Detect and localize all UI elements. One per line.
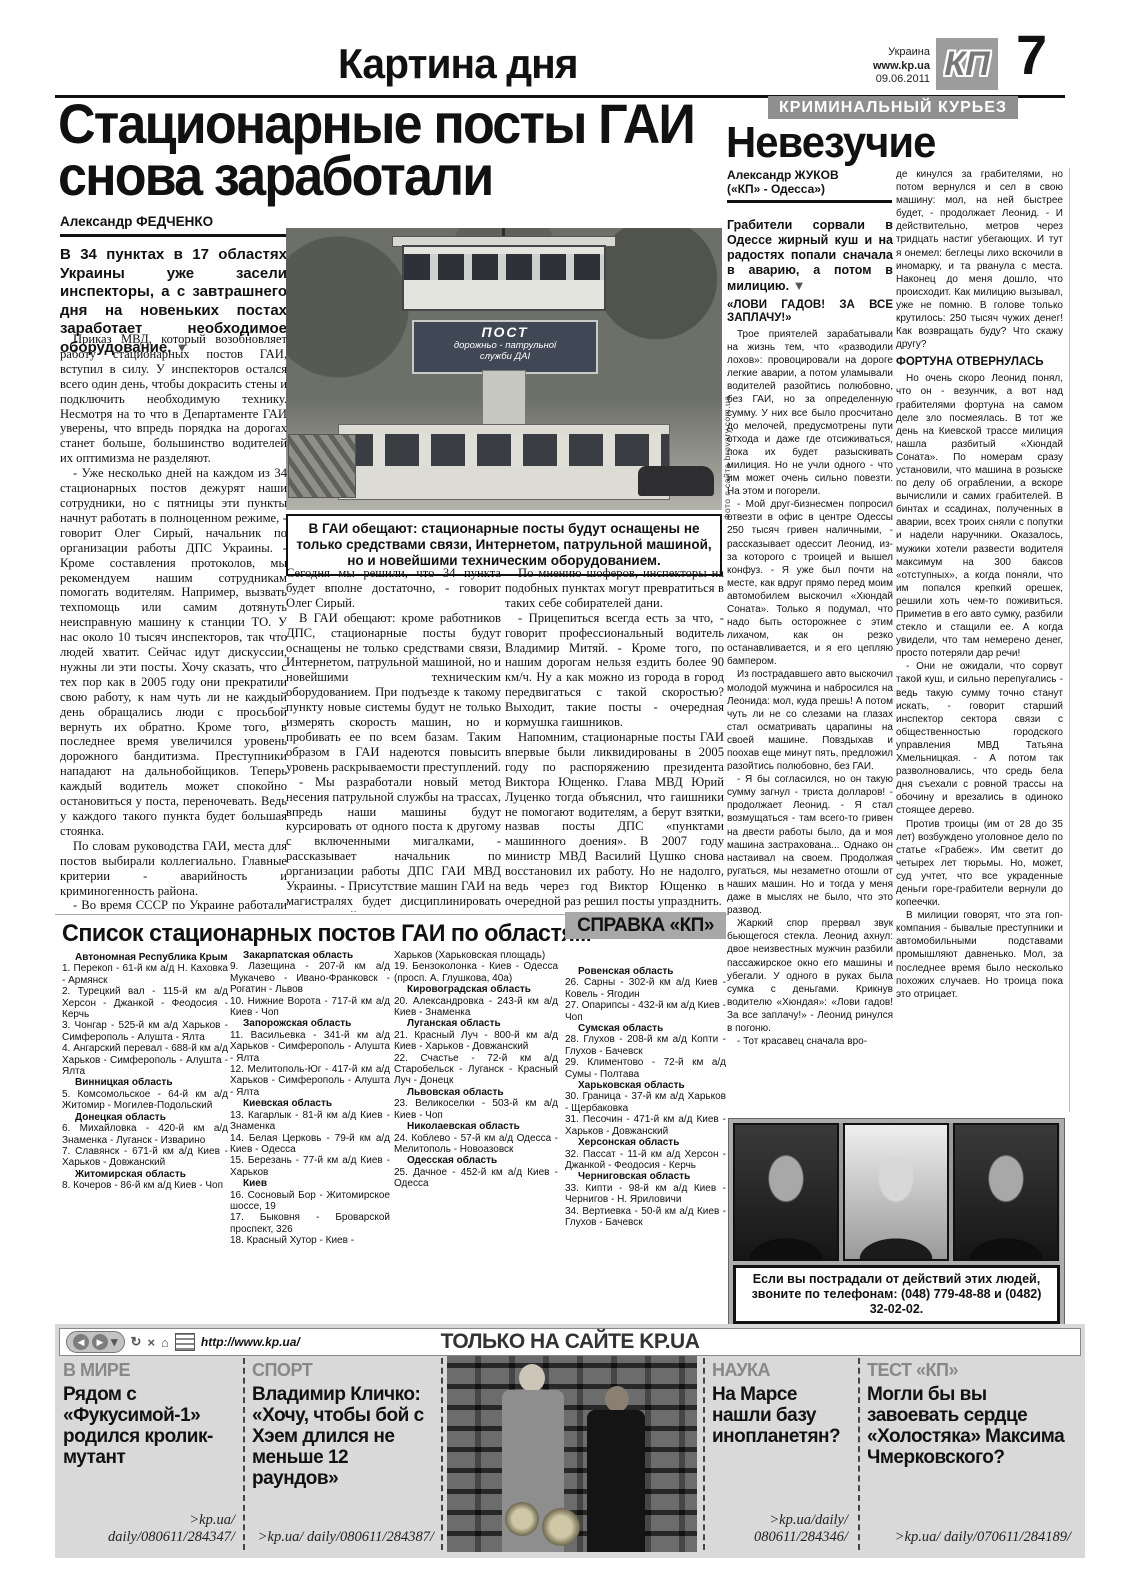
list-item: 33. Кипти - 98-й км а/д Киев - Чернигов …	[565, 1183, 726, 1206]
promo-item-sport: СПОРТ Владимир Кличко: «Хочу, чтобы бой …	[252, 1360, 438, 1552]
list-item: Житомирская область	[62, 1169, 228, 1180]
main-article-col1: Приказ МВД, который возобновляет работу …	[60, 332, 287, 912]
crime-section-label: КРИМИНАЛЬНЫЙ КУРЬЕЗ	[768, 96, 1018, 119]
promo-item-world: В МИРЕ Рядом с «Фукусимой-1» родился кро…	[63, 1360, 239, 1552]
promo-item-science: НАУКА На Марсе нашли базу инопланетян? >…	[712, 1360, 852, 1552]
crime-author-bureau: («КП» - Одесса»)	[727, 182, 825, 196]
list-item: Одесская область	[394, 1155, 558, 1166]
photo-champion-belt	[542, 1508, 580, 1546]
crime-author-name: Александр ЖУКОВ	[727, 168, 839, 182]
list-item: 18. Красный Хутор - Киев -	[230, 1235, 390, 1246]
crime-author: Александр ЖУКОВ («КП» - Одесса»)	[727, 168, 892, 203]
promo-link[interactable]: >kp.ua/ daily/080611/284387/	[258, 1529, 434, 1546]
list-item: 16. Сосновый Бор - Житомирское шоссе, 19	[230, 1190, 390, 1213]
list-item: 1. Перекоп - 61-й км а/д Н. Каховка - Ар…	[62, 963, 228, 986]
paragraph: - Во время СССР по Украине работали 134 …	[60, 898, 287, 912]
promo-headline: Могли бы вы завоевать сердце «Холостяка»…	[867, 1384, 1075, 1468]
paragraph: ФОРТУНА ОТВЕРНУЛАСЬ	[896, 356, 1063, 369]
crime-headline: Невезучие	[726, 118, 935, 168]
paragraph: - Они не ожидали, что сорвут такой куш, …	[896, 660, 1063, 817]
list-item: Киев	[230, 1178, 390, 1189]
posts-list-col1: Автономная Республика Крым1. Перекоп - 6…	[62, 952, 228, 1310]
spravka-kp-label: СПРАВКА «КП»	[565, 912, 726, 939]
list-item: Закарпатская область	[230, 950, 390, 961]
paragraph: Жаркий спор прервал звук бьющегося стекл…	[727, 917, 893, 1035]
photo-figure-head	[519, 1364, 545, 1392]
promo-title: ТОЛЬКО НА САЙТЕ KP.UA	[60, 1330, 1080, 1354]
list-item: 9. Лазещина - 207-й км а/д Мукачево - Ив…	[230, 961, 390, 995]
photo-champion-belt	[505, 1502, 539, 1536]
photo-figure-shirt	[587, 1410, 645, 1552]
posts-list-col4: Ровенская область26. Сарны - 302-й км а/…	[565, 966, 726, 1310]
list-item: 21. Красный Луч - 800-й км а/д Киев - Ха…	[394, 1030, 558, 1053]
list-item: Харьков (Харьковская площадь)	[394, 950, 558, 961]
paragraph: - Мы разработали новый метод несения пат…	[286, 775, 501, 912]
newspaper-page: Картина дня Украина www.kp.ua 09.06.2011…	[0, 0, 1138, 1575]
list-item: Ровенская область	[565, 966, 726, 977]
photo-stairs	[288, 434, 356, 498]
page-section-title: Картина дня	[338, 40, 578, 88]
list-item: 31. Песочин - 471-й км а/д Киев - Харько…	[565, 1114, 726, 1137]
photo-tower-pillar	[482, 370, 526, 430]
post-sign-line1: ПОСТ	[414, 324, 596, 340]
mugshots-panel: Если вы пострадали от действий этих люде…	[728, 1118, 1065, 1329]
browser-bar: ◀ ▶ ▾ ↻ × ⌂ http://www.kp.ua/ ТОЛЬКО НА …	[59, 1328, 1081, 1356]
posts-list-col2: Закарпатская область9. Лазещина - 207-й …	[230, 950, 390, 1310]
photo-figure-head	[605, 1386, 629, 1412]
paragraph: - Мой друг-бизнесмен попросил отвезти в …	[727, 498, 893, 668]
promo-headline: На Марсе нашли базу инопланетян?	[712, 1384, 852, 1447]
list-item: 14. Белая Церковь - 79-й км а/д Киев - О…	[230, 1133, 390, 1156]
list-item: 20. Александровка - 243-й км а/д Киев - …	[394, 996, 558, 1019]
paragraph: де кинулся за грабителями, но потом верн…	[896, 168, 1063, 351]
list-item: 10. Нижние Ворота - 717-й км а/д Киев - …	[230, 996, 390, 1019]
list-item: 19. Бензоколонка - Киев - Одесса (просп.…	[394, 961, 558, 984]
mugshot-row	[733, 1123, 1060, 1261]
paragraph: Из пострадавшего авто выскочил молодой м…	[727, 668, 893, 773]
list-item: Автономная Республика Крым	[62, 952, 228, 963]
list-item: 29. Климентово - 72-й км а/д Сумы - Полт…	[565, 1057, 726, 1080]
site-url: www.kp.ua	[832, 60, 930, 74]
list-item: Харьковская область	[565, 1080, 726, 1091]
mugshot-photo-3	[953, 1123, 1059, 1261]
edition-meta: Украина www.kp.ua 09.06.2011	[832, 46, 930, 87]
list-item: Черниговская область	[565, 1171, 726, 1182]
right-column-rule	[1069, 168, 1070, 1112]
paragraph: - Я бы согласился, но он такую сумму заг…	[727, 773, 893, 917]
kp-logo-text: КП	[944, 45, 989, 84]
list-item: 22. Счастье - 72-й км а/д Старобельск - …	[394, 1053, 558, 1087]
mugshots-caption: Если вы пострадали от действий этих люде…	[733, 1265, 1060, 1324]
photo-cabin-windows	[404, 254, 604, 280]
paragraph: По словам руководства ГАИ, места для пос…	[60, 839, 287, 899]
list-item: 27. Опарипсы - 432-й км а/д Киев - Чоп	[565, 1000, 726, 1023]
list-item: Донецкая область	[62, 1112, 228, 1123]
promo-link[interactable]: >kp.ua/ daily/080611/284347/	[63, 1512, 235, 1546]
mugshot-photo-1	[733, 1123, 839, 1261]
down-triangle-icon: ▼	[793, 278, 806, 293]
list-item: 7. Славянск - 671-й км а/д Киев - Харько…	[62, 1146, 228, 1169]
site-promo-strip: ◀ ▶ ▾ ↻ × ⌂ http://www.kp.ua/ ТОЛЬКО НА …	[55, 1324, 1085, 1558]
paragraph: Приказ МВД, который возобновляет работу …	[60, 332, 287, 466]
photo-building-windows	[339, 434, 669, 466]
main-article-col2: Сегодня мы решили, что 34 пункта будет в…	[286, 566, 501, 912]
list-item: 24. Коблево - 57-й км а/д Одесса - Мелит…	[394, 1133, 558, 1156]
posts-list-title: Список стационарных постов ГАИ по област…	[62, 920, 591, 948]
paragraph: - Тот красавец сначала вро-	[727, 1035, 893, 1048]
list-item: 8. Кочеров - 86-й км а/д Киев - Чоп	[62, 1180, 228, 1191]
paragraph: В ГАИ обещают: кроме работников ДПС, ста…	[286, 611, 501, 775]
main-article-col3: По мнению шоферов, инспекторы на подобны…	[505, 566, 724, 912]
paragraph: Напомним, стационарные посты ГАИ впервые…	[505, 730, 724, 909]
list-item: 2. Турецкий вал - 115-й км а/д Херсон - …	[62, 986, 228, 1020]
promo-headline: Рядом с «Фукусимой-1» родился кролик-мут…	[63, 1384, 239, 1468]
promo-link[interactable]: >kp.ua/daily/ 080611/284346/	[712, 1512, 848, 1546]
list-item: 5. Комсомольское - 64-й км а/д Житомир -…	[62, 1089, 228, 1112]
paragraph: Но очень скоро Леонид понял, что он - ве…	[896, 372, 1063, 660]
paragraph: В милиции говорят, что эта гоп-компания …	[896, 909, 1063, 1001]
paragraph: Против троицы (им от 28 до 35 лет) возбу…	[896, 818, 1063, 910]
post-sign-line3: служби ДАІ	[414, 351, 596, 362]
list-item: 13. Кагарлык - 81-й км а/д Киев - Знамен…	[230, 1110, 390, 1133]
list-item: 15. Березань - 77-й км а/д Киев - Харько…	[230, 1155, 390, 1178]
paragraph: Трое приятелей зарабатывали на жизнь тем…	[727, 328, 893, 498]
list-item: Сумская область	[565, 1023, 726, 1034]
list-item: Кировоградская область	[394, 984, 558, 995]
promo-link[interactable]: >kp.ua/ daily/070611/284189/	[895, 1529, 1071, 1546]
mugshot-photo-2	[843, 1123, 949, 1261]
photo-car	[638, 466, 714, 496]
list-item: Львовская область	[394, 1087, 558, 1098]
promo-section-label: ТЕСТ «КП»	[867, 1360, 1075, 1381]
klitschko-photo	[447, 1356, 697, 1552]
list-item: 4. Ангарский перевал - 688-й км а/д Харь…	[62, 1043, 228, 1077]
posts-list-col3: Харьков (Харьковская площадь)19. Бензоко…	[394, 950, 558, 1310]
promo-item-test: ТЕСТ «КП» Могли бы вы завоевать сердце «…	[867, 1360, 1075, 1552]
kp-logo: КП	[936, 38, 998, 90]
list-item: 11. Васильевка - 341-й км а/д Харьков - …	[230, 1030, 390, 1064]
list-item: Запорожская область	[230, 1018, 390, 1029]
edition-label: Украина	[832, 46, 930, 60]
list-item: 30. Граница - 37-й км а/д Харьков - Щерб…	[565, 1091, 726, 1114]
promo-headline: Владимир Кличко: «Хочу, чтобы бой с Хэем…	[252, 1384, 438, 1489]
list-item: 32. Пассат - 11-й км а/д Херсон - Джанко…	[565, 1149, 726, 1172]
issue-date: 09.06.2011	[832, 73, 930, 87]
crime-col-b: де кинулся за грабителями, но потом верн…	[896, 168, 1063, 1116]
paragraph: «ЛОВИ ГАДОВ! ЗА ВСЕ ЗАПЛАЧУ!»	[727, 299, 893, 325]
paragraph: По мнению шоферов, инспекторы на подобны…	[505, 566, 724, 611]
gai-post-photo: ПОСТ дорожньо - патрульної служби ДАІ	[286, 228, 722, 510]
paragraph: - Прицепиться всегда есть за что, - гово…	[505, 611, 724, 730]
list-item: 26. Сарны - 302-й км а/д Киев - Ковель -…	[565, 977, 726, 1000]
list-item: Киевская область	[230, 1098, 390, 1109]
post-sign: ПОСТ дорожньо - патрульної служби ДАІ	[412, 320, 598, 374]
promo-section-label: В МИРЕ	[63, 1360, 239, 1381]
main-author: Александр ФЕДЧЕНКО	[60, 214, 287, 237]
crime-col-a: «ЛОВИ ГАДОВ! ЗА ВСЕ ЗАПЛАЧУ!»Трое прияте…	[727, 294, 893, 1116]
promo-divider	[243, 1358, 245, 1550]
promo-divider	[441, 1358, 443, 1550]
paragraph: - Уже несколько дней на каждом из 34 ста…	[60, 466, 287, 839]
paragraph: Сегодня мы решили, что 34 пункта будет в…	[286, 566, 501, 611]
main-headline-line2: снова заработали	[58, 144, 492, 207]
list-item: 17. Быковня - Броварской проспект, 326	[230, 1212, 390, 1235]
crime-lead-text: Грабители сорвали в Одессе жирный куш и …	[727, 218, 893, 293]
list-item: 6. Михайловка - 420-й км а/д Знаменка - …	[62, 1123, 228, 1146]
main-headline: Стационарные посты ГАИ снова заработали	[58, 98, 694, 202]
photo-building	[338, 424, 670, 500]
list-item: 34. Вертиевка - 50-й км а/д Киев - Глухо…	[565, 1206, 726, 1229]
list-item: 3. Чонгар - 525-й км а/д Харьков - Симфе…	[62, 1020, 228, 1043]
post-sign-line2: дорожньо - патрульної	[414, 340, 596, 351]
list-item: 12. Мелитополь-Юг - 417-й км а/д Харьков…	[230, 1064, 390, 1098]
list-item: Херсонская область	[565, 1137, 726, 1148]
list-item: 23. Великоселки - 503-й км а/д Киев - Чо…	[394, 1098, 558, 1121]
promo-divider	[858, 1358, 860, 1550]
list-item: 25. Дачное - 452-й км а/д Киев - Одесса	[394, 1167, 558, 1190]
list-item: Николаевская область	[394, 1121, 558, 1132]
crime-lead: Грабители сорвали в Одессе жирный куш и …	[727, 218, 893, 294]
promo-section-label: СПОРТ	[252, 1360, 438, 1381]
list-item: 28. Глухов - 208-й км а/д Копти - Глухов…	[565, 1034, 726, 1057]
page-number: 7	[1016, 22, 1047, 87]
promo-section-label: НАУКА	[712, 1360, 852, 1381]
promo-divider	[703, 1358, 705, 1550]
photo-tower-cabin	[402, 245, 606, 311]
list-item: Винницкая область	[62, 1077, 228, 1088]
list-item: Луганская область	[394, 1018, 558, 1029]
